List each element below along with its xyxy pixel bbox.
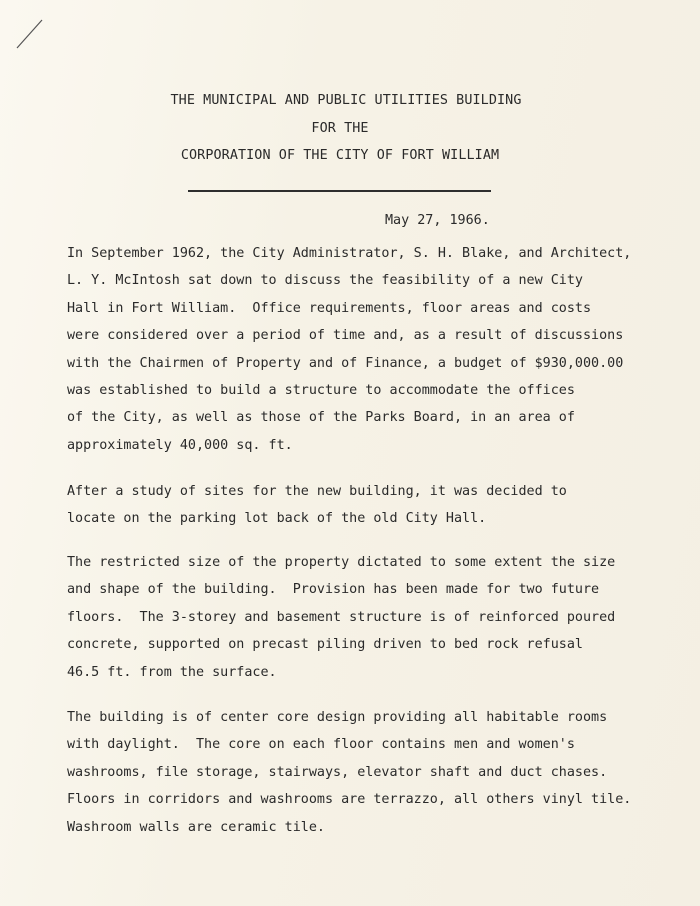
- document-date: May 27, 1966.: [385, 213, 490, 228]
- text-line: with daylight. The core on each floor co…: [67, 731, 631, 758]
- paragraph-1: In September 1962, the City Administrato…: [67, 240, 631, 459]
- text-line: L. Y. McIntosh sat down to discuss the f…: [67, 267, 631, 294]
- paragraph-4: The building is of center core design pr…: [67, 704, 631, 841]
- text-line: were considered over a period of time an…: [67, 322, 631, 349]
- text-line: floors. The 3-storey and basement struct…: [67, 604, 615, 631]
- text-line: After a study of sites for the new build…: [67, 478, 567, 505]
- text-line: The restricted size of the property dict…: [67, 549, 615, 576]
- text-line: of the City, as well as those of the Par…: [67, 404, 631, 431]
- pencil-mark-icon: [14, 18, 44, 50]
- text-line: approximately 40,000 sq. ft.: [67, 432, 631, 459]
- text-line: was established to build a structure to …: [67, 377, 631, 404]
- document-page: THE MUNICIPAL AND PUBLIC UTILITIES BUILD…: [0, 0, 700, 906]
- title-underline-divider: [188, 190, 491, 192]
- text-line: and shape of the building. Provision has…: [67, 576, 615, 603]
- text-line: with the Chairmen of Property and of Fin…: [67, 350, 631, 377]
- text-line: Floors in corridors and washrooms are te…: [67, 786, 631, 813]
- document-title-line-2: FOR THE: [0, 121, 690, 136]
- paragraph-3: The restricted size of the property dict…: [67, 549, 615, 686]
- document-title-line-3: CORPORATION OF THE CITY OF FORT WILLIAM: [0, 148, 690, 163]
- text-line: concrete, supported on precast piling dr…: [67, 631, 615, 658]
- text-line: Hall in Fort William. Office requirement…: [67, 295, 631, 322]
- text-line: The building is of center core design pr…: [67, 704, 631, 731]
- text-line: In September 1962, the City Administrato…: [67, 240, 631, 267]
- document-title-line-1: THE MUNICIPAL AND PUBLIC UTILITIES BUILD…: [0, 93, 696, 108]
- paragraph-2: After a study of sites for the new build…: [67, 478, 567, 533]
- text-line: locate on the parking lot back of the ol…: [67, 505, 567, 532]
- text-line: Washroom walls are ceramic tile.: [67, 814, 631, 841]
- text-line: 46.5 ft. from the surface.: [67, 659, 615, 686]
- text-line: washrooms, file storage, stairways, elev…: [67, 759, 631, 786]
